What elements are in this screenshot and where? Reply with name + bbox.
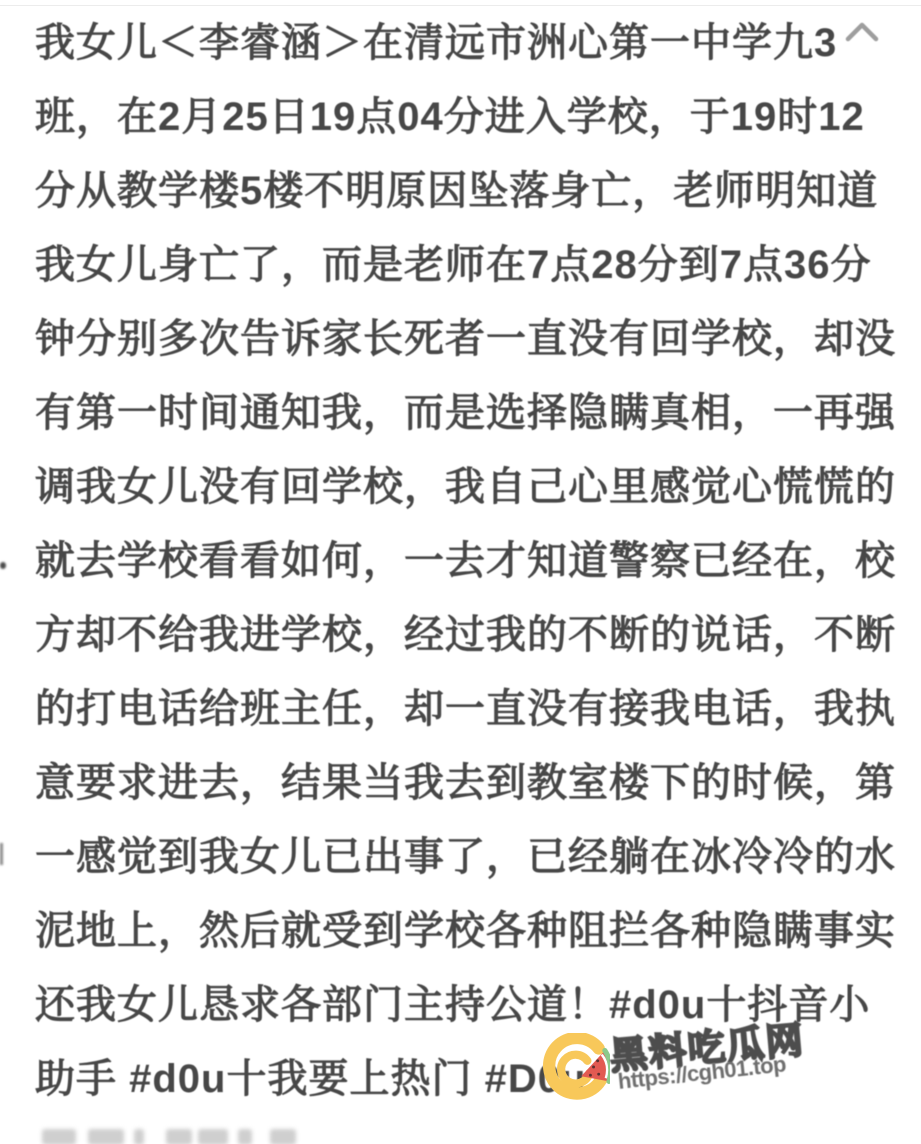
post-body-text: 我女儿＜李睿涵＞在清远市洲心第一中学九3班，在2月25日19点04分进入学校，于… — [35, 6, 905, 1116]
text-line: 班，在2月25日19点04分进入学校，于19时12 — [35, 80, 905, 154]
text-line: 一感觉到我女儿已出事了，已经躺在冰冷冷的水 — [35, 820, 905, 894]
text-line: 有第一时间通知我，而是选择隐瞒真相，一再强 — [35, 376, 905, 450]
collapse-button[interactable] — [841, 18, 883, 48]
text-line: 我女儿身亡了，而是老师在7点28分到7点36分 — [35, 228, 905, 302]
watermelon-logo-icon — [540, 1033, 610, 1103]
text-line: 分从教学楼5楼不明原因坠落身亡，老师明知道 — [35, 154, 905, 228]
text-line: 我女儿＜李睿涵＞在清远市洲心第一中学九3 — [35, 6, 905, 80]
text-line: 的打电话给班主任，却一直没有接我电话，我执 — [35, 672, 905, 746]
chevron-up-icon — [841, 18, 883, 48]
scan-artifact-dot — [0, 562, 6, 569]
text-line: 意要求进去，结果当我去到教室楼下的时候，第 — [35, 746, 905, 820]
cutoff-text-fragments — [42, 1129, 296, 1144]
text-line: 泥地上，然后就受到学校各种阻拦各种隐瞒事实 — [35, 894, 905, 968]
text-line: 就去学校看看如何，一去才知道警察已经在，校 — [35, 524, 905, 598]
text-line: 方却不给我进学校，经过我的不断的说话，不断 — [35, 598, 905, 672]
text-line: 调我女儿没有回学校，我自己心里感觉心慌慌的 — [35, 450, 905, 524]
scan-artifact-tick — [0, 843, 3, 865]
text-line: 钟分别多次告诉家长死者一直没有回学校，却没 — [35, 302, 905, 376]
watermark: 黑料吃瓜网 https://cgh01.top — [538, 1005, 921, 1144]
